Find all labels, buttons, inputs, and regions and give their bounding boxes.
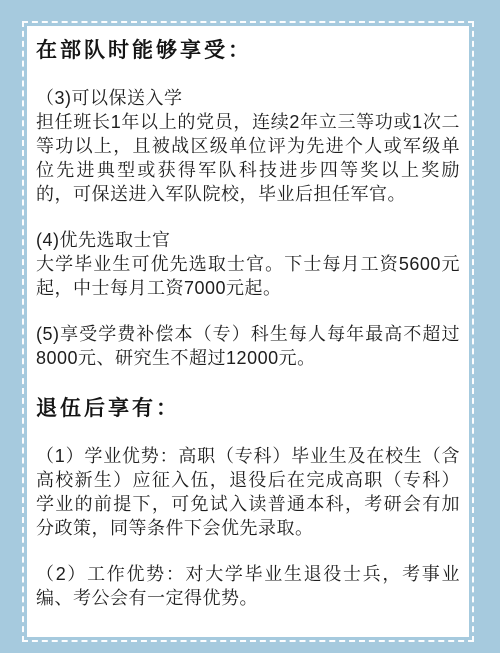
section-heading-after-service: 退伍后享有： bbox=[36, 396, 460, 422]
benefit-item-3-title: （3)可以保送入学 bbox=[36, 86, 460, 110]
benefit-item-4-body: 大学毕业生可优先选取士官。下士每月工资5600元起，中士每月工资7000元起。 bbox=[36, 252, 460, 300]
benefit-item-4-title: (4)优先选取士官 bbox=[36, 228, 460, 252]
benefit-item-3: （3)可以保送入学 担任班长1年以上的党员，连续2年立三等功或1次二等功以上，且… bbox=[36, 86, 460, 206]
benefit-item-4: (4)优先选取士官 大学毕业生可优先选取士官。下士每月工资5600元起，中士每月… bbox=[36, 228, 460, 300]
content-card: 在部队时能够享受： （3)可以保送入学 担任班长1年以上的党员，连续2年立三等功… bbox=[27, 26, 469, 637]
benefit-item-work: （2）工作优势：对大学毕业生退役士兵，考事业编、考公会有一定得优势。 bbox=[36, 562, 460, 610]
benefit-item-3-body: 担任班长1年以上的党员，连续2年立三等功或1次二等功以上，且被战区级单位评为先进… bbox=[36, 110, 460, 206]
benefit-item-5-body: (5)享受学费补偿本（专）科生每人每年最高不超过8000元、研究生不超过1200… bbox=[36, 322, 460, 370]
benefit-item-study-body: （1）学业优势：高职（专科）毕业生及在校生（含高校新生）应征入伍，退役后在完成高… bbox=[36, 444, 460, 540]
section-heading-in-service: 在部队时能够享受： bbox=[36, 38, 460, 64]
benefit-item-5: (5)享受学费补偿本（专）科生每人每年最高不超过8000元、研究生不超过1200… bbox=[36, 322, 460, 370]
benefit-item-work-body: （2）工作优势：对大学毕业生退役士兵，考事业编、考公会有一定得优势。 bbox=[36, 562, 460, 610]
benefit-item-study: （1）学业优势：高职（专科）毕业生及在校生（含高校新生）应征入伍，退役后在完成高… bbox=[36, 444, 460, 540]
